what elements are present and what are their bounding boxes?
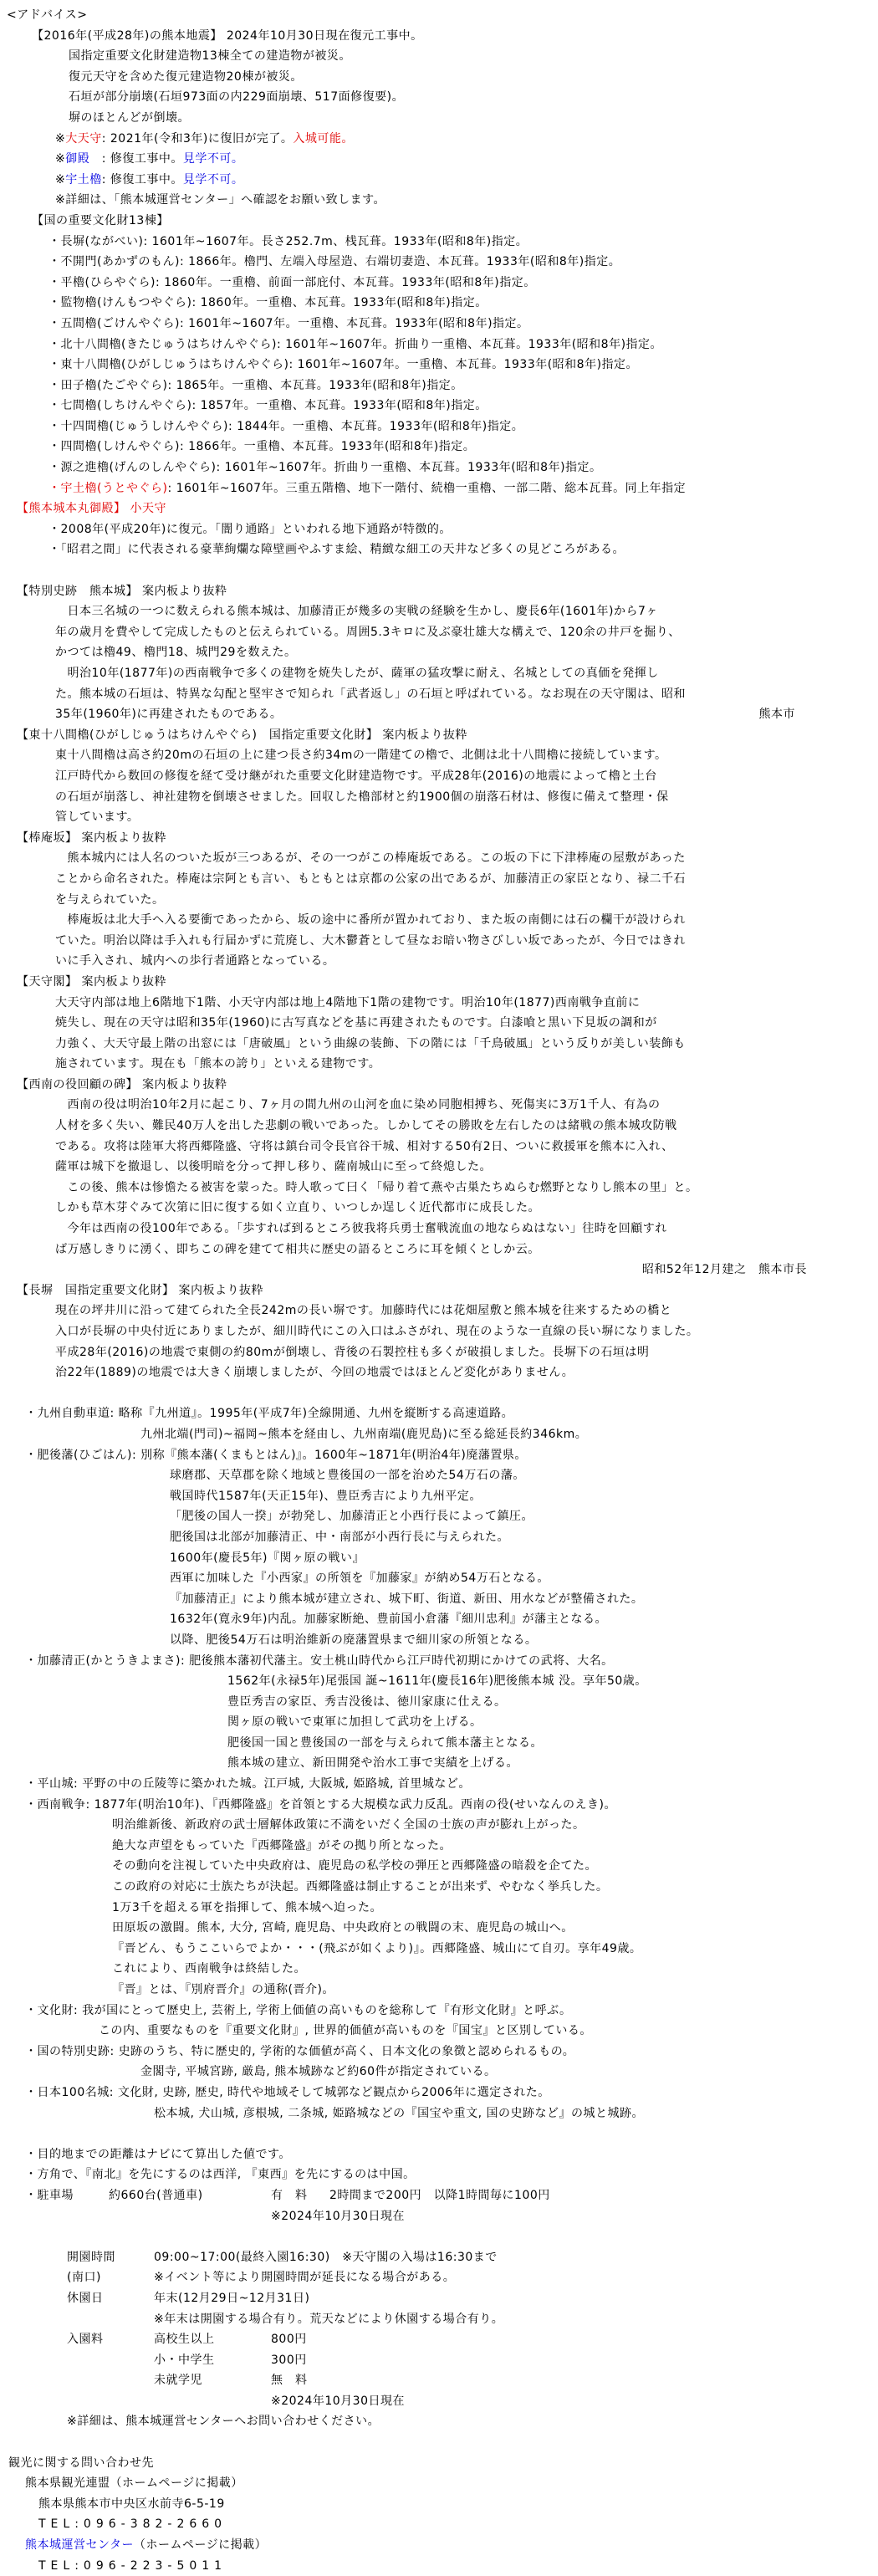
parking-fee-label: 有 料 — [271, 2185, 329, 2206]
org1-name: 熊本県観光連盟 — [25, 2476, 110, 2490]
closed-row: 休園日年末(12月29日~12月31日) — [0, 2288, 878, 2309]
board-line: 江戸時代から数回の修復を経て受け継がれた重要文化財建造物です。平成28年(201… — [0, 766, 878, 787]
important-props-heading: 【国の重要文化財13棟】 — [0, 211, 878, 232]
board-line: ていた。明治以降は手入れも行届かずに荒廃し、大木鬱蒼として昼なお暗い物さびしい坂… — [0, 931, 878, 952]
glossary-item: ・日本100名城: 文化財, 史跡, 歴史, 時代や地域そして城郭など観点から2… — [0, 2083, 878, 2103]
status-note-goten: ※御殿 : 修復工事中。見学不可。 — [0, 149, 878, 170]
building-name: 大天守 — [65, 132, 102, 146]
board-line: しかも草木芽ぐみて次第に旧に復する如く立直り、いつしか逞しく近代都市に成長した。 — [0, 1198, 878, 1219]
board-heading: 【長塀 国指定重要文化財】 案内板より抜粋 — [0, 1280, 878, 1301]
hours-value: 09:00~17:00(最終入園16:30) ※天守閣の入場は16:30まで — [154, 2251, 498, 2264]
note-line: ・方角で、『南北』を先にするのは西洋, 『東西』を先にするのは中国。 — [0, 2165, 878, 2185]
board-line: である。攻将は陸軍大将西郷隆盛、守将は鎮台司令長官谷干城、相対する50有2日、つ… — [0, 1137, 878, 1158]
parking-fee: 2時間まで200円 以降1時間毎に100円 — [329, 2189, 550, 2202]
glossary-line: 以降、肥後54万石は明治維新の廃藩置県まで細川家の所領となる。 — [0, 1630, 878, 1651]
board-line: 現在の坪井川に沿って建てられた全長242mの長い塀です。加藤時代には花畑屋敷と熊… — [0, 1301, 878, 1321]
glossary-line: 戦国時代1587年(天正15年)、豊臣秀吉により九州平定。 — [0, 1486, 878, 1507]
glossary-item: ・文化財: 我が国にとって歴史上, 芸術上, 学術上価値の高いものを総称して『有… — [0, 2001, 878, 2021]
board-line: 力強く、大天守最上階の出窓には「唐破風」という曲線の装飾、下の階には「千鳥破風」… — [0, 1034, 878, 1055]
board-line: 薩軍は城下を撤退し、以後明暗を分って押し移り、薩南城山に至って終熄した。 — [0, 1157, 878, 1178]
building-name: 御殿 — [65, 152, 89, 166]
hours-label: 開園時間 — [67, 2247, 154, 2268]
board-line: た。熊本城の石垣は、特異な勾配と堅牢さで知られ「武者返し」の石垣と呼ばれている。… — [0, 684, 878, 705]
parking-capacity: 約660台(普通車) — [109, 2185, 271, 2206]
board-line: 管しています。 — [0, 807, 878, 828]
glossary-line: 絶大な声望をもっていた『西郷隆盛』がその拠り所となった。 — [0, 1836, 878, 1857]
board-heading: 【特別史跡 熊本城】 案内板より抜粋 — [0, 581, 878, 602]
status-badge: 入城可能。 — [293, 132, 354, 146]
glossary-item: ・肥後藩(ひごはん): 別称『熊本藩(くまもとはん)』。1600年~1871年(… — [0, 1445, 878, 1466]
status-note-daitenshu: ※大天守: 2021年(令和3年)に復旧が完了。入城可能。 — [0, 129, 878, 150]
board-line: 東十八間櫓は高さ約20mの石垣の上に建つ長さ約34mの一階建ての櫓で、北側は北十… — [0, 745, 878, 766]
building-name: 宇土櫓 — [65, 173, 102, 187]
board-line: を与えられていた。 — [0, 890, 878, 911]
prop-item: ・宇土櫓(うとやぐら): 1601年~1607年。三重五階櫓、地下一階付、続櫓一… — [0, 478, 878, 499]
prop-item: ・東十八間櫓(ひがしじゅうはちけんやぐら): 1601年~1607年。一重櫓、本… — [0, 355, 878, 376]
fee-label: 入園料 — [67, 2329, 154, 2350]
glossary-line: 金閣寺, 平城宮跡, 厳島, 熊本城跡など約60件が指定されている。 — [0, 2062, 878, 2083]
board-line: いに手入され、城内への歩行者通路となっている。 — [0, 951, 878, 972]
fee-price: 800円 — [271, 2333, 307, 2346]
board-line: 大天守内部は地上6階地下1階、小天守内部は地上4階地下1階の建物です。明治10年… — [0, 993, 878, 1014]
honmaru-heading: 【熊本城本丸御殿】 小天守 — [0, 498, 878, 519]
prop-item: ・平櫓(ひらやぐら): 1860年。一重櫓、前面一部庇付、本瓦葺。1933年(昭… — [0, 273, 878, 294]
board-line: ば万感しきりに湧く、即ちこの碑を建てて相共に歴史の語るところに耳を傾くとしか云。 — [0, 1239, 878, 1260]
fee-row: 小・中学生300円 — [0, 2350, 878, 2371]
glossary-line: 明治維新後、新政府の武士層解体政策に不満をいだく全国の士族の声が膨れ上がった。 — [0, 1815, 878, 1836]
board-line: 棒庵坂は北大手へ入る要衝であったから、坂の途中に番所が置かれており、また坂の南側… — [0, 910, 878, 931]
board-signature: 昭和52年12月建之 熊本市長 — [0, 1260, 807, 1280]
quake-line: 塀のほとんどが倒壊。 — [0, 108, 878, 129]
glossary-line: 肥後国は北部が加藤清正、中・南部が小西行長に与えられた。 — [0, 1527, 878, 1548]
fee-as-of: ※2024年10月30日現在 — [0, 2391, 878, 2412]
glossary-line: 『晋どん、もうここいらでよか・・・(飛ぶが如くより)』。西郷隆盛、城山にて自刃。… — [0, 1939, 878, 1960]
board-line: 熊本城内には人名のついた坂が三つあるが、その一つがこの棒庵坂である。この坂の下に… — [0, 848, 878, 869]
glossary-line: 1万3千を超える軍を指揮して、熊本城へ迫った。 — [0, 1898, 878, 1919]
prop-item: ・十四間櫓(じゅうしけんやぐら): 1844年。一重櫓、本瓦葺。1933年(昭和… — [0, 417, 878, 437]
gate-row: (南口)※イベント等により開園時間が延長になる場合がある。 — [0, 2267, 878, 2288]
org1-address: 熊本県熊本市中央区水前寺6-5-19 — [0, 2494, 878, 2515]
hours-detail: ※詳細は、熊本城運営センターへお問い合わせください。 — [0, 2411, 878, 2432]
prop-item: ・五間櫓(ごけんやぐら): 1601年~1607年。一重櫓、本瓦葺。1933年(… — [0, 314, 878, 335]
glossary-term: ・肥後藩(ひごはん) — [25, 1449, 132, 1462]
glossary-line: 松本城, 犬山城, 彦根城, 二条城, 姫路城などの『国宝や重文, 国の史跡など… — [0, 2103, 878, 2124]
closed-note: ※年末は開園する場合有り。荒天などにより休園する場合有り。 — [0, 2309, 878, 2330]
glossary-item: ・加藤清正(かとうきよまさ): 肥後熊本藩初代藩主。安土桃山時代から江戸時代初期… — [0, 1651, 878, 1672]
fee-price: 無 料 — [271, 2374, 308, 2387]
fee-group: 小・中学生 — [154, 2350, 271, 2371]
honmaru-line: ・2008年(平成20年)に復元。「闇り通路」といわれる地下通路が特徴的。 — [0, 519, 878, 540]
board-heading: 【西南の役回顧の碑】 案内板より抜粋 — [0, 1075, 878, 1096]
glossary-term: ・九州自動車道 — [25, 1407, 110, 1420]
board-line: 入口が長塀の中央付近にありましたが、細川時代にこの入口はふさがれ、現在のような一… — [0, 1321, 878, 1342]
glossary-line: 熊本城の建立、新田開発や治水工事で実績を上げる。 — [0, 1753, 878, 1774]
note-line: ・目的地までの距離はナビにて算出した値です。 — [0, 2144, 878, 2165]
board-line: 日本三名城の一つに数えられる熊本城は、加藤清正が幾多の実戦の経験を生かし、慶長6… — [0, 601, 878, 622]
honmaru-line: ・「昭君之間」に代表される豪華絢爛な障壁画やふすま絵、精緻な細工の天井など多くの… — [0, 539, 878, 560]
board-heading: 【天守閣】 案内板より抜粋 — [0, 972, 878, 993]
org2-link[interactable]: 熊本城運営センター — [25, 2538, 134, 2552]
advice-title: <アドバイス> — [0, 5, 878, 26]
board-line: 焼失し、現在の天守は昭和35年(1960)に古写真などを基に再建されたものです。… — [0, 1013, 878, 1034]
glossary-line: 1562年(永禄5年)尾張国 誕~1611年(慶長16年)肥後熊本城 没。享年5… — [0, 1671, 878, 1692]
glossary-term: ・平山城 — [25, 1777, 74, 1791]
closed-value: 年末(12月29日~12月31日) — [154, 2292, 309, 2305]
glossary-item: ・西南戦争: 1877年(明治10年)、『西郷隆盛』を首領とする大規模な武力反乱… — [0, 1795, 878, 1816]
board-heading: 【東十八間櫓(ひがしじゅうはちけんやぐら) 国指定重要文化財】 案内板より抜粋 — [0, 725, 878, 746]
board-line: 施されています。現在も「熊本の誇り」といえる建物です。 — [0, 1054, 878, 1075]
fee-price: 300円 — [271, 2354, 307, 2367]
prop-item: ・監物櫓(けんもつやぐら): 1860年。一重櫓、本瓦葺。1933年(昭和8年)… — [0, 293, 878, 314]
glossary-term: ・西南戦争 — [25, 1798, 86, 1812]
glossary-line: 九州北端(門司)~福岡~熊本を経由し、九州南端(鹿児島)に至る総延長約346km… — [0, 1424, 878, 1445]
contact-org1: 熊本県観光連盟（ホームページに掲載） — [0, 2473, 878, 2494]
glossary-term: ・加藤清正(かとうきよまさ) — [25, 1654, 181, 1668]
board-signature: 熊本市 — [759, 704, 796, 725]
glossary-line: 豊臣秀吉の家臣、秀吉没後は、徳川家康に仕える。 — [0, 1692, 878, 1713]
glossary-item: ・九州自動車道: 略称『九州道』。1995年(平成7年)全線開通、九州を縦断する… — [0, 1403, 878, 1424]
board-line: 治22年(1889)の地震では大きく崩壊しましたが、今回の地震ではほとんど変化が… — [0, 1362, 878, 1383]
glossary-term: ・文化財 — [25, 2004, 74, 2017]
board-line: 平成28年(2016)の地震で東側の約80mが倒壊し、背後の石製控柱も多くが破損… — [0, 1342, 878, 1363]
quake-line: 復元天守を含めた復元建造物20棟が被災。 — [0, 67, 878, 88]
status-badge: 見学不可。 — [183, 152, 244, 166]
gate-label: (南口) — [67, 2267, 154, 2288]
glossary-item: ・国の特別史跡: 史跡のうち、特に歴史的, 学術的な価値が高く、日本文化の象徴と… — [0, 2042, 878, 2062]
status-note-uto: ※宇土櫓: 修復工事中。見学不可。 — [0, 170, 878, 191]
prop-item: ・不開門(あかずのもん): 1866年。櫓門、左端入母屋造、右端切妻造、本瓦葺。… — [0, 252, 878, 273]
prop-item: ・北十八間櫓(きたじゅうはちけんやぐら): 1601年~1607年。折曲り一重櫓… — [0, 335, 878, 355]
fee-row: 未就学児無 料 — [0, 2370, 878, 2391]
board-line: の石垣が崩落し、神社建物を倒壊させました。回収した櫓部材と約1900個の崩落石材… — [0, 787, 878, 808]
glossary-term: ・国の特別史跡 — [25, 2045, 110, 2058]
glossary-line: 1632年(寛永9年)内乱。加藤家断絶、豊前国小倉藩『細川忠利』が藩主となる。 — [0, 1609, 878, 1630]
closed-label: 休園日 — [67, 2288, 154, 2309]
board-line: 今年は西南の役100年である。「歩すれば到るところ彼我将兵勇士奮戦流血の地ならぬ… — [0, 1219, 878, 1239]
glossary-line: 「肥後の国人一揆」が勃発し、加藤清正と小西行長によって鎮圧。 — [0, 1506, 878, 1527]
parking-row: ・駐車場約660台(普通車)有 料2時間まで200円 以降1時間毎に100円 — [0, 2185, 878, 2206]
glossary-line: これにより、西南戦争は終結した。 — [0, 1959, 878, 1980]
glossary-line: 西軍に加味した『小西家』の所領を『加藤家』が納め54万石となる。 — [0, 1568, 878, 1589]
parking-as-of: ※2024年10月30日現在 — [0, 2206, 878, 2227]
hours-row: 開園時間09:00~17:00(最終入園16:30) ※天守閣の入場は16:30… — [0, 2247, 878, 2268]
board-line: 西南の役は明治10年2月に起こり、7ヶ月の間九州の山河を血に染め同胞相搏ち、死傷… — [0, 1095, 878, 1116]
parking-label: ・駐車場 — [25, 2185, 109, 2206]
status-badge: 見学不可。 — [183, 173, 244, 187]
glossary-line: その動向を注視していた中央政府は、鹿児島の私学校の弾圧と西郷隆盛の暗殺を企てた。 — [0, 1856, 878, 1877]
board-line: 人材を多く失い、難民40万人を出した悲劇の戦いであった。しかしてその勝敗を左右し… — [0, 1116, 878, 1137]
board-line: 35年(1960年)に再建されたものである。 熊本市 — [0, 704, 808, 725]
fee-group: 高校生以上 — [154, 2329, 271, 2350]
board-line: かつては櫓49、櫓門18、城門29を数えた。 — [0, 642, 878, 663]
org1-tel: TEL:096-382-2660 — [0, 2514, 878, 2535]
glossary-term: ・日本100名城 — [25, 2086, 110, 2099]
glossary-line: 『晋』とは、『別府晋介』の通称(晋介)。 — [0, 1980, 878, 2001]
glossary-line: 1600年(慶長5年)『関ヶ原の戦い』 — [0, 1548, 878, 1569]
detail-note: ※詳細は、「熊本城運営センター」へ確認をお願い致します。 — [0, 190, 878, 211]
quake-line: 石垣が部分崩壊(石垣973面の内229面崩壊、517面修復要)。 — [0, 87, 878, 108]
prop-item: ・七間櫓(しちけんやぐら): 1857年。一重櫓、本瓦葺。1933年(昭和8年)… — [0, 396, 878, 417]
prop-item: ・源之進櫓(げんのしんやぐら): 1601年~1607年。折曲り一重櫓、本瓦葺。… — [0, 457, 878, 478]
glossary-line: 関ヶ原の戦いで東軍に加担して武功を上げる。 — [0, 1712, 878, 1733]
fee-row: 入園料高校生以上800円 — [0, 2329, 878, 2350]
glossary-line: 田原坂の激闘。熊本, 大分, 宮崎, 鹿児島、中央政府との戦闘の末、鹿児島の城山… — [0, 1918, 878, 1939]
glossary-line: 球磨郡、天草郡を除く地域と豊後国の一部を治めた54万石の藩。 — [0, 1465, 878, 1486]
board-line: この後、熊本は惨憺たる被害を蒙った。時人歌って曰く「帰り着て燕や古巣たちぬらむ燃… — [0, 1178, 878, 1199]
prop-item: ・四間櫓(しけんやぐら): 1866年。一重櫓、本瓦葺。1933年(昭和8年)指… — [0, 437, 878, 457]
board-heading: 【棒庵坂】 案内板より抜粋 — [0, 828, 878, 849]
fee-group: 未就学児 — [154, 2370, 271, 2391]
contact-heading: 観光に関する問い合わせ先 — [0, 2453, 878, 2474]
prop-item: ・長塀(ながべい): 1601年~1607年。長さ252.7m、桟瓦葺。1933… — [0, 232, 878, 253]
gate-note: ※イベント等により開園時間が延長になる場合がある。 — [154, 2271, 455, 2284]
glossary-line: 肥後国一国と豊後国の一部を与えられて熊本藩主となる。 — [0, 1733, 878, 1754]
glossary-item: ・平山城: 平野の中の丘陵等に築かれた城。江戸城, 大阪城, 姫路城, 首里城な… — [0, 1774, 878, 1795]
glossary-line: この内、重要なものを『重要文化財』, 世界的価値が高いものを『国宝』と区別してい… — [0, 2021, 878, 2042]
board-line: 明治10年(1877年)の西南戦争で多くの建物を焼失したが、薩軍の猛攻撃に耐え、… — [0, 663, 878, 684]
contact-org2: 熊本城運営センター（ホームページに掲載） — [0, 2535, 878, 2556]
prop-item: ・田子櫓(たごやぐら): 1865年。一重櫓、本瓦葺。1933年(昭和8年)指定… — [0, 376, 878, 396]
org2-tel: TEL:096-223-5011 — [0, 2556, 878, 2576]
glossary-line: この政府の対応に士族たちが決起。西郷隆盛は制止することが出来ず、やむなく挙兵した… — [0, 1877, 878, 1898]
glossary-line: 『加藤清正』により熊本城が建立され、城下町、街道、新田、用水などが整備された。 — [0, 1589, 878, 1610]
advice-document: <アドバイス> 【2016年(平成28年)の熊本地震】 2024年10月30日現… — [0, 0, 878, 2576]
board-line: 年の歳月を費やして完成したものと伝えられている。周囲5.3キロに及ぶ豪壮雄大な構… — [0, 622, 878, 643]
quake-heading: 【2016年(平成28年)の熊本地震】 2024年10月30日現在復元工事中。 — [0, 26, 878, 47]
quake-line: 国指定重要文化財建造物13棟全ての建造物が被災。 — [0, 46, 878, 67]
board-line: ことから命名された。棒庵は宗阿とも言い、もともとは京都の公家の出であるが、加藤清… — [0, 869, 878, 890]
